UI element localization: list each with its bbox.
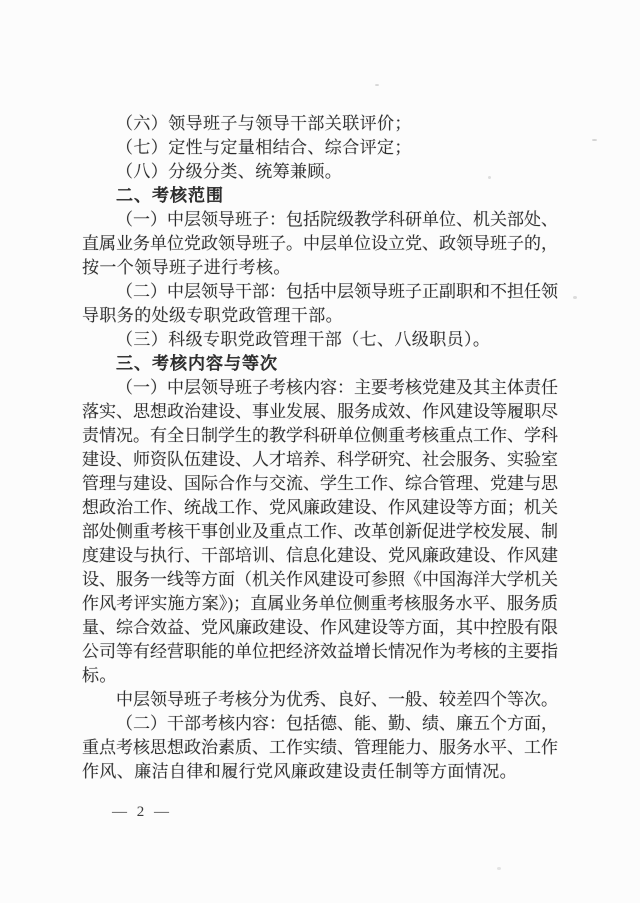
text-line: 直属业务单位党政领导班子。中层单位设立党、政领导班子的， [82, 232, 558, 256]
text-line: 管理与建设、国际合作与交流、学生工作、综合管理、党建与思 [82, 472, 558, 496]
document-body: （六）领导班子与领导干部关联评价；（七）定性与定量相结合、综合评定；（八）分级分… [82, 112, 558, 784]
text-line: （八）分级分类、统筹兼顾。 [82, 160, 558, 184]
text-line: 责情况。有全日制学生的教学科研单位侧重考核重点工作、学科 [82, 424, 558, 448]
scan-speck [375, 84, 379, 86]
text-line: 想政治工作、统战工作、党风廉政建设、作风建设等方面；机关 [82, 496, 558, 520]
text-line: 导职务的处级专职党政管理干部。 [82, 304, 558, 328]
scan-speck [497, 867, 501, 870]
text-line: 设、服务一线等方面（机关作风建设可参照《中国海洋大学机关 [82, 568, 558, 592]
text-line: 公司等有经营职能的单位把经济效益增长情况作为考核的主要指 [82, 640, 558, 664]
text-line: 重点考核思想政治素质、工作实绩、管理能力、服务水平、工作 [82, 736, 558, 760]
text-line: （三）科级专职党政管理干部（七、八级职员）。 [82, 328, 558, 352]
text-line: （二）中层领导干部：包括中层领导班子正副职和不担任领 [82, 280, 558, 304]
scan-speck [592, 139, 597, 141]
text-line: 量、综合效益、党风廉政建设、作风建设等方面，其中控股有限 [82, 616, 558, 640]
text-line: （六）领导班子与领导干部关联评价； [82, 112, 558, 136]
scan-speck [573, 296, 577, 299]
text-line: 作风考评实施方案》)；直属业务单位侧重考核服务水平、服务质 [82, 592, 558, 616]
text-line: 作风、廉洁自律和履行党风廉政建设责任制等方面情况。 [82, 760, 558, 784]
text-line: 落实、思想政治建设、事业发展、服务成效、作风建设等履职尽 [82, 400, 558, 424]
text-line: 部处侧重考核干事创业及重点工作、改革创新促进学校发展、制 [82, 520, 558, 544]
text-line: 三、考核内容与等次 [82, 352, 558, 376]
text-line: 中层领导班子考核分为优秀、良好、一般、较差四个等次。 [82, 688, 558, 712]
text-line: 标。 [82, 664, 558, 688]
text-line: （一）中层领导班子：包括院级教学科研单位、机关部处、 [82, 208, 558, 232]
text-line: （一）中层领导班子考核内容：主要考核党建及其主体责任 [82, 376, 558, 400]
text-line: 按一个领导班子进行考核。 [82, 256, 558, 280]
text-line: （七）定性与定量相结合、综合评定； [82, 136, 558, 160]
text-line: 度建设与执行、干部培训、信息化建设、党风廉政建设、作风建 [82, 544, 558, 568]
text-line: 二、考核范围 [82, 184, 558, 208]
document-page: （六）领导班子与领导干部关联评价；（七）定性与定量相结合、综合评定；（八）分级分… [0, 0, 640, 903]
text-line: 建设、师资队伍建设、人才培养、科学研究、社会服务、实验室 [82, 448, 558, 472]
page-number: — 2 — [112, 802, 172, 822]
text-line: （二）干部考核内容：包括德、能、勤、绩、廉五个方面， [82, 712, 558, 736]
